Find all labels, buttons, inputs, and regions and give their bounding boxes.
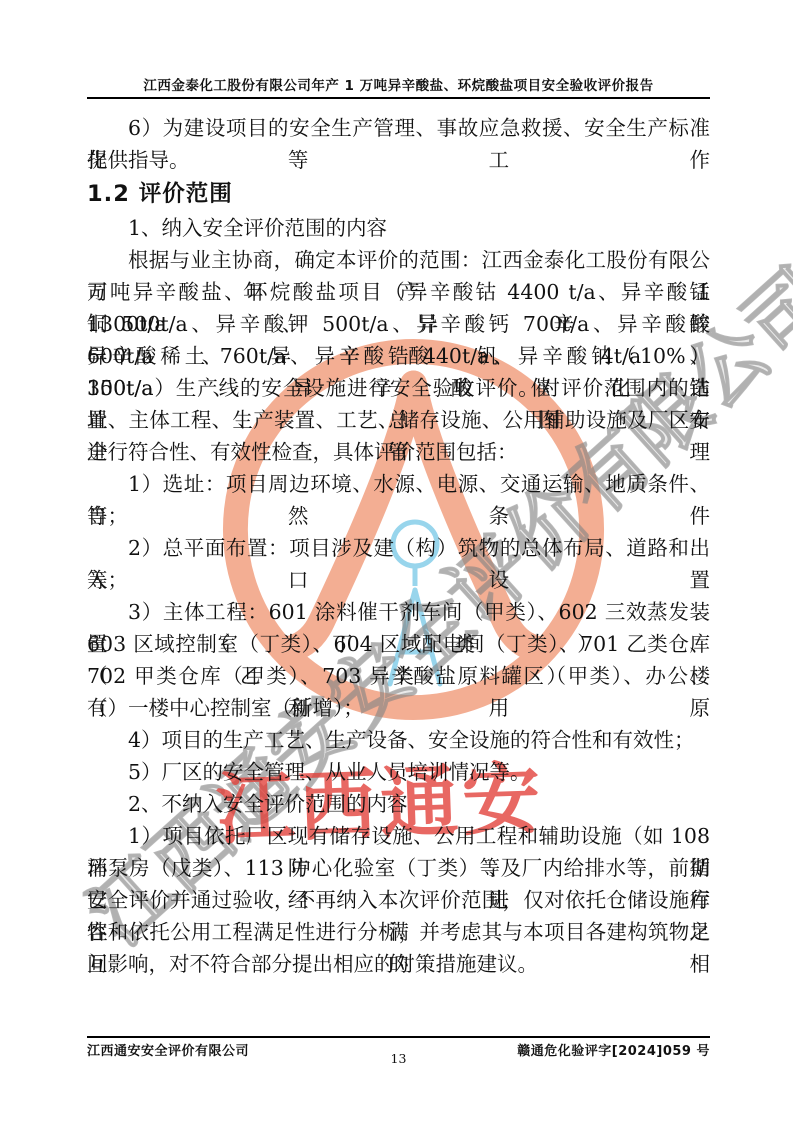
body-line: 异辛酸稀土 760t/a、异辛酸锆 440t/a、异辛酸钠（10%）100t/a… (87, 340, 710, 372)
header-rule (87, 97, 710, 99)
body-line: 603 区域控制室（丁类）、604 区域配电间（丁类）、701 乙类仓库（乙类）… (87, 628, 710, 660)
body-line: 3）主体工程：601 涂料催干剂车间（甲类）、602 三效蒸发装置（丁类）、 (87, 596, 710, 628)
body-text: 6）为建设项目的安全生产管理、事故应急救援、安全生产标准化等工作提供指导。1.2… (87, 112, 710, 980)
body-line: 1、纳入安全评价范围的内容 (87, 212, 710, 244)
page-number: 13 (87, 1051, 710, 1066)
report-page: 江西通安安全评价有限公司 江西通安 江西金泰化工股份有限公司年产 1 万吨异辛酸… (0, 0, 793, 1122)
body-line: 安全评价并通过验收，不再纳入本次评价范围，仅对依托仓储设施库容满足 (87, 884, 710, 916)
body-line: 6）为建设项目的安全生产管理、事故应急救援、安全生产标准化等工作 (87, 112, 710, 144)
body-line: 1）项目依托厂区现有储存设施、公用工程和辅助设施（如 108 消防、循 (87, 820, 710, 852)
body-line: 1）选址：项目周边环境、水源、电源、交通运输、地质条件、自然条件 (87, 468, 710, 500)
body-line: 铜 500t/a、异辛酸钾 500t/a、异辛酸钙 700t/a、异辛酸锌 60… (87, 308, 710, 340)
footer-rule (87, 1036, 710, 1038)
body-line: 4）项目的生产工艺、生产设备、安全设施的符合性和有效性； (87, 724, 710, 756)
body-line: 根据与业主协商，确定本评价的范围：江西金泰化工股份有限公司年产 1 (87, 244, 710, 276)
body-line: 702 甲类仓库（甲类）、703 异辛酸盐原料罐区（甲类）、办公楼（利用原 (87, 660, 710, 692)
section-heading: 1.2 评价范围 (87, 176, 710, 212)
body-line: 环泵房（戊类）、113 中心化验室（丁类）等及厂内给排水等，前期已经进行 (87, 852, 710, 884)
body-line: 性和依托公用工程满足性进行分析，并考虑其与本项目各建构筑物之间的相 (87, 916, 710, 948)
body-line: 350t/a）生产线的安全设施进行安全验收评价。对评价范围内的选址、总图布 (87, 372, 710, 404)
body-line: 置、主体工程、生产装置、工艺、储存设施、公用辅助设施及厂区安全管理 (87, 404, 710, 436)
body-line: 2、不纳入安全评价范围的内容 (87, 788, 710, 820)
body-line: 万吨异辛酸盐、环烷酸盐项目（异辛酸钴 4400 t/a、异辛酸锰 1300t/a… (87, 276, 710, 308)
body-line: 2）总平面布置：项目涉及建（构）筑物的总体布局、道路和出入口设置 (87, 532, 710, 564)
header-title: 江西金泰化工股份有限公司年产 1 万吨异辛酸盐、环烷酸盐项目安全验收评价报告 (87, 74, 710, 94)
body-line: 5）厂区的安全管理、从业人员培训情况等。 (87, 756, 710, 788)
